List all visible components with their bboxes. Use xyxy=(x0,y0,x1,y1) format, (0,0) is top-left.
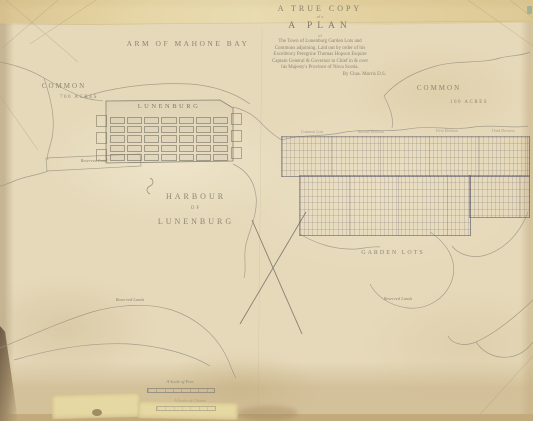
title-true-copy: A TRUE COPY xyxy=(230,4,410,13)
town-block xyxy=(127,145,142,152)
town-block xyxy=(161,154,176,161)
town-block xyxy=(110,145,125,152)
title-description: The Town of Lunenburg Garden Lots and Co… xyxy=(246,39,394,79)
town-block xyxy=(144,117,159,124)
title-a-plan: A PLAN xyxy=(230,21,410,31)
label-harbour-3: LUNENBURG xyxy=(136,217,256,226)
town-block xyxy=(179,135,194,142)
town-block xyxy=(231,130,242,142)
title-line: Excellency Peregrine Thomas Hopson Esqui… xyxy=(246,52,394,59)
town-flank xyxy=(231,113,242,159)
town-block xyxy=(127,126,142,133)
label-division-1: Second Division xyxy=(340,129,402,134)
town-block xyxy=(196,135,211,142)
title-of-a: of a xyxy=(230,14,410,19)
town-block xyxy=(196,117,211,124)
label-reserved-southwest: Reserved Lands xyxy=(90,297,170,302)
town-block xyxy=(231,147,242,159)
label-common-west: COMMON xyxy=(14,82,114,90)
garden-lots-grid-east xyxy=(469,175,530,218)
title-line: Captain General & Governor in Chief in &… xyxy=(246,59,394,66)
town-block xyxy=(179,117,194,124)
label-reserved-strip: Reserved Land xyxy=(50,158,138,163)
garden-lots-grid-south xyxy=(299,175,471,236)
garden-lots-grid-north xyxy=(281,136,530,177)
town-grid-cells xyxy=(110,117,228,161)
town-block xyxy=(144,135,159,142)
label-garden-lots: GARDEN LOTS xyxy=(338,250,448,256)
label-harbour-2: OF xyxy=(136,206,256,211)
town-block xyxy=(213,154,228,161)
town-block xyxy=(196,126,211,133)
town-block xyxy=(144,126,159,133)
title-byline: By Chas. Morris D.S. xyxy=(246,72,394,79)
town-block xyxy=(213,135,228,142)
town-block xyxy=(179,154,194,161)
label-common-east: COMMON xyxy=(394,84,484,92)
town-block xyxy=(110,126,125,133)
town-block xyxy=(196,154,211,161)
town-block xyxy=(213,145,228,152)
town-block xyxy=(161,117,176,124)
town-block xyxy=(161,126,176,133)
town-block xyxy=(110,135,125,142)
town-flank xyxy=(96,115,107,161)
title-line: The Town of Lunenburg Garden Lots and xyxy=(246,39,394,46)
town-block xyxy=(96,132,107,144)
town-label: LUNENBURG xyxy=(110,103,228,110)
scale-chains-bar xyxy=(156,406,216,411)
label-division-0: Common Lots xyxy=(286,129,338,134)
label-common-west-acres: 700 ACRES xyxy=(34,95,124,100)
town-block xyxy=(231,113,242,125)
title-of: of xyxy=(230,33,410,38)
town-block xyxy=(127,117,142,124)
label-harbour-1: HARBOUR xyxy=(136,192,256,201)
town-block xyxy=(144,154,159,161)
scale-chains-label: A Scale of Chains xyxy=(150,398,230,403)
scale-feet-label: A Scale of Feet xyxy=(140,379,220,384)
map-scan: LUNENBURG A TRUE COPY of a A PLAN of The… xyxy=(0,0,533,421)
town-block xyxy=(127,135,142,142)
scale-feet-bar xyxy=(147,388,215,393)
town-plan: LUNENBURG xyxy=(94,97,244,167)
town-block xyxy=(179,145,194,152)
label-division-3: Third Division xyxy=(476,128,530,133)
town-block xyxy=(196,145,211,152)
title-line: his Majesty's Province of Nova Scotia. xyxy=(246,65,394,72)
label-division-2: First Division xyxy=(418,128,476,133)
town-block xyxy=(213,117,228,124)
town-block xyxy=(144,145,159,152)
town-block xyxy=(161,135,176,142)
label-common-east-acres: 100 ACRES xyxy=(424,100,514,105)
town-block xyxy=(213,126,228,133)
town-block xyxy=(179,126,194,133)
label-reserved-southeast: Reserved Lands xyxy=(358,296,438,301)
label-arm-of-mahone-bay: ARM OF MAHONE BAY xyxy=(108,39,268,48)
town-block xyxy=(110,117,125,124)
title-line: Commons adjoining. Laid out by order of … xyxy=(246,46,394,53)
town-block xyxy=(161,145,176,152)
town-block xyxy=(96,115,107,127)
